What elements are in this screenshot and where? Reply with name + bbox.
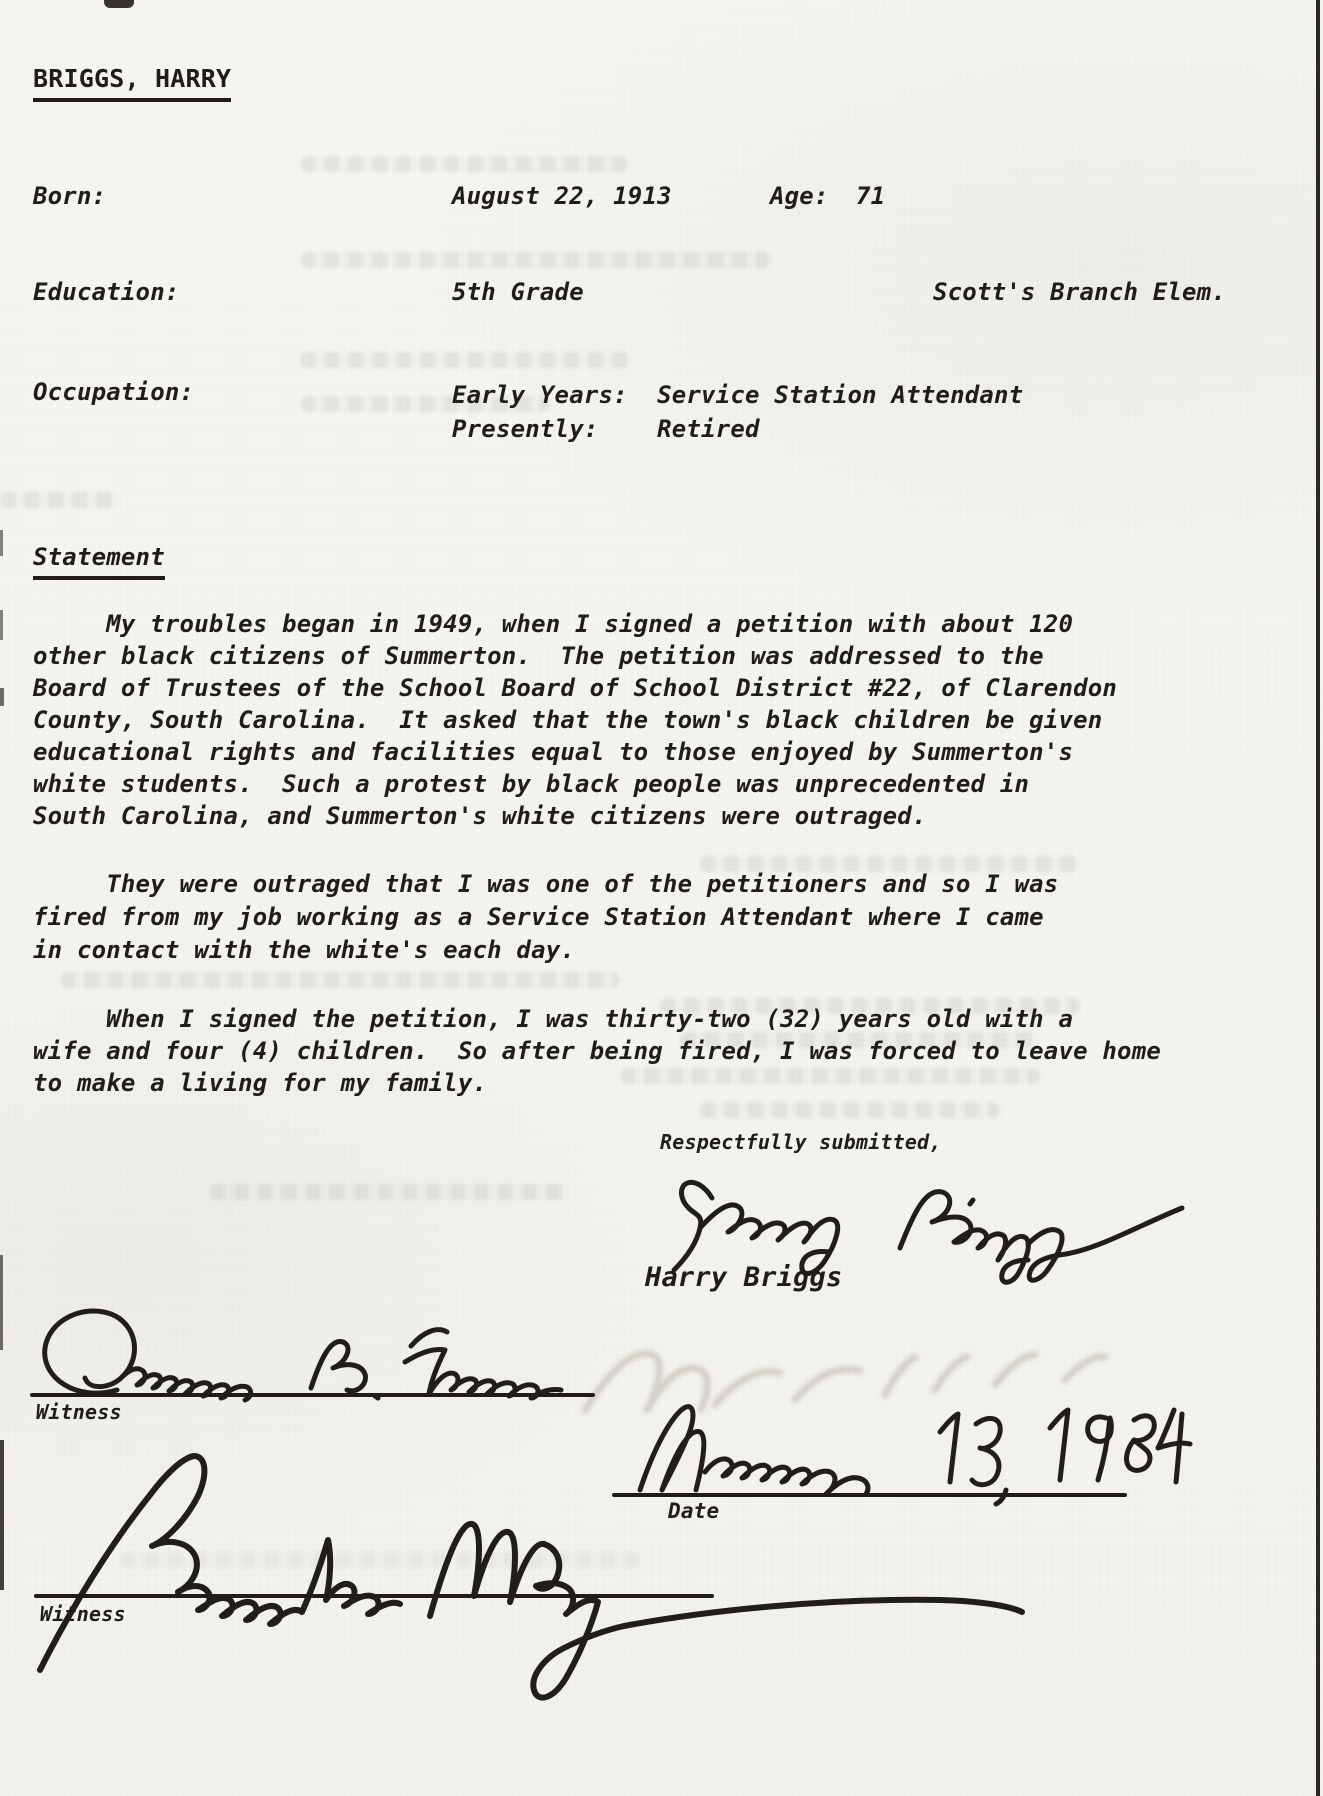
scanned-document-page: BRIGGS, HARRY Born: August 22, 1913 Age:… bbox=[0, 0, 1323, 1796]
education-label: Education: bbox=[33, 278, 180, 306]
born-value: August 22, 1913 bbox=[452, 182, 672, 210]
occupation-value: Early Years: Service Station Attendant P… bbox=[452, 378, 1023, 446]
occupation-label: Occupation: bbox=[33, 378, 194, 406]
bleed-through-artifact bbox=[300, 352, 630, 368]
bleed-through-artifact bbox=[0, 492, 120, 508]
age-value: 71 bbox=[856, 182, 885, 210]
statement-paragraph-1: My troubles began in 1949, when I signed… bbox=[33, 608, 1233, 832]
scan-edge-left-dash-1 bbox=[0, 530, 3, 556]
document-title: BRIGGS, HARRY bbox=[33, 64, 231, 102]
education-school: Scott's Branch Elem. bbox=[933, 278, 1226, 306]
statement-heading: Statement bbox=[33, 543, 165, 580]
bleed-through-artifact bbox=[210, 1184, 570, 1200]
born-label: Born: bbox=[33, 182, 106, 210]
statement-paragraph-2: They were outraged that I was one of the… bbox=[33, 868, 1233, 967]
scan-edge-left-line-2 bbox=[0, 1440, 4, 1590]
age-label: Age: bbox=[770, 182, 829, 210]
bleed-through-artifact bbox=[60, 972, 620, 988]
witness2-signature-line bbox=[34, 1594, 714, 1598]
scan-edge-right-line bbox=[1316, 0, 1320, 1796]
witness2-signature bbox=[10, 1440, 1040, 1720]
scan-edge-top-mark bbox=[104, 0, 134, 8]
witness1-signature-line bbox=[30, 1393, 595, 1397]
bleed-through-artifact bbox=[300, 252, 770, 268]
bleed-through-artifact bbox=[700, 1102, 1000, 1118]
witness1-label: Witness bbox=[36, 1400, 122, 1424]
scan-edge-left-line-1 bbox=[0, 1255, 3, 1350]
scan-edge-left-dash-2 bbox=[0, 610, 3, 640]
signer-typed-name: Harry Briggs bbox=[645, 1262, 842, 1293]
witness2-label: Witness bbox=[40, 1602, 126, 1626]
education-value: 5th Grade bbox=[452, 278, 584, 306]
statement-paragraph-3: When I signed the petition, I was thirty… bbox=[33, 1003, 1233, 1099]
scan-edge-left-dash-3 bbox=[0, 688, 4, 706]
bleed-through-artifact bbox=[300, 156, 630, 172]
